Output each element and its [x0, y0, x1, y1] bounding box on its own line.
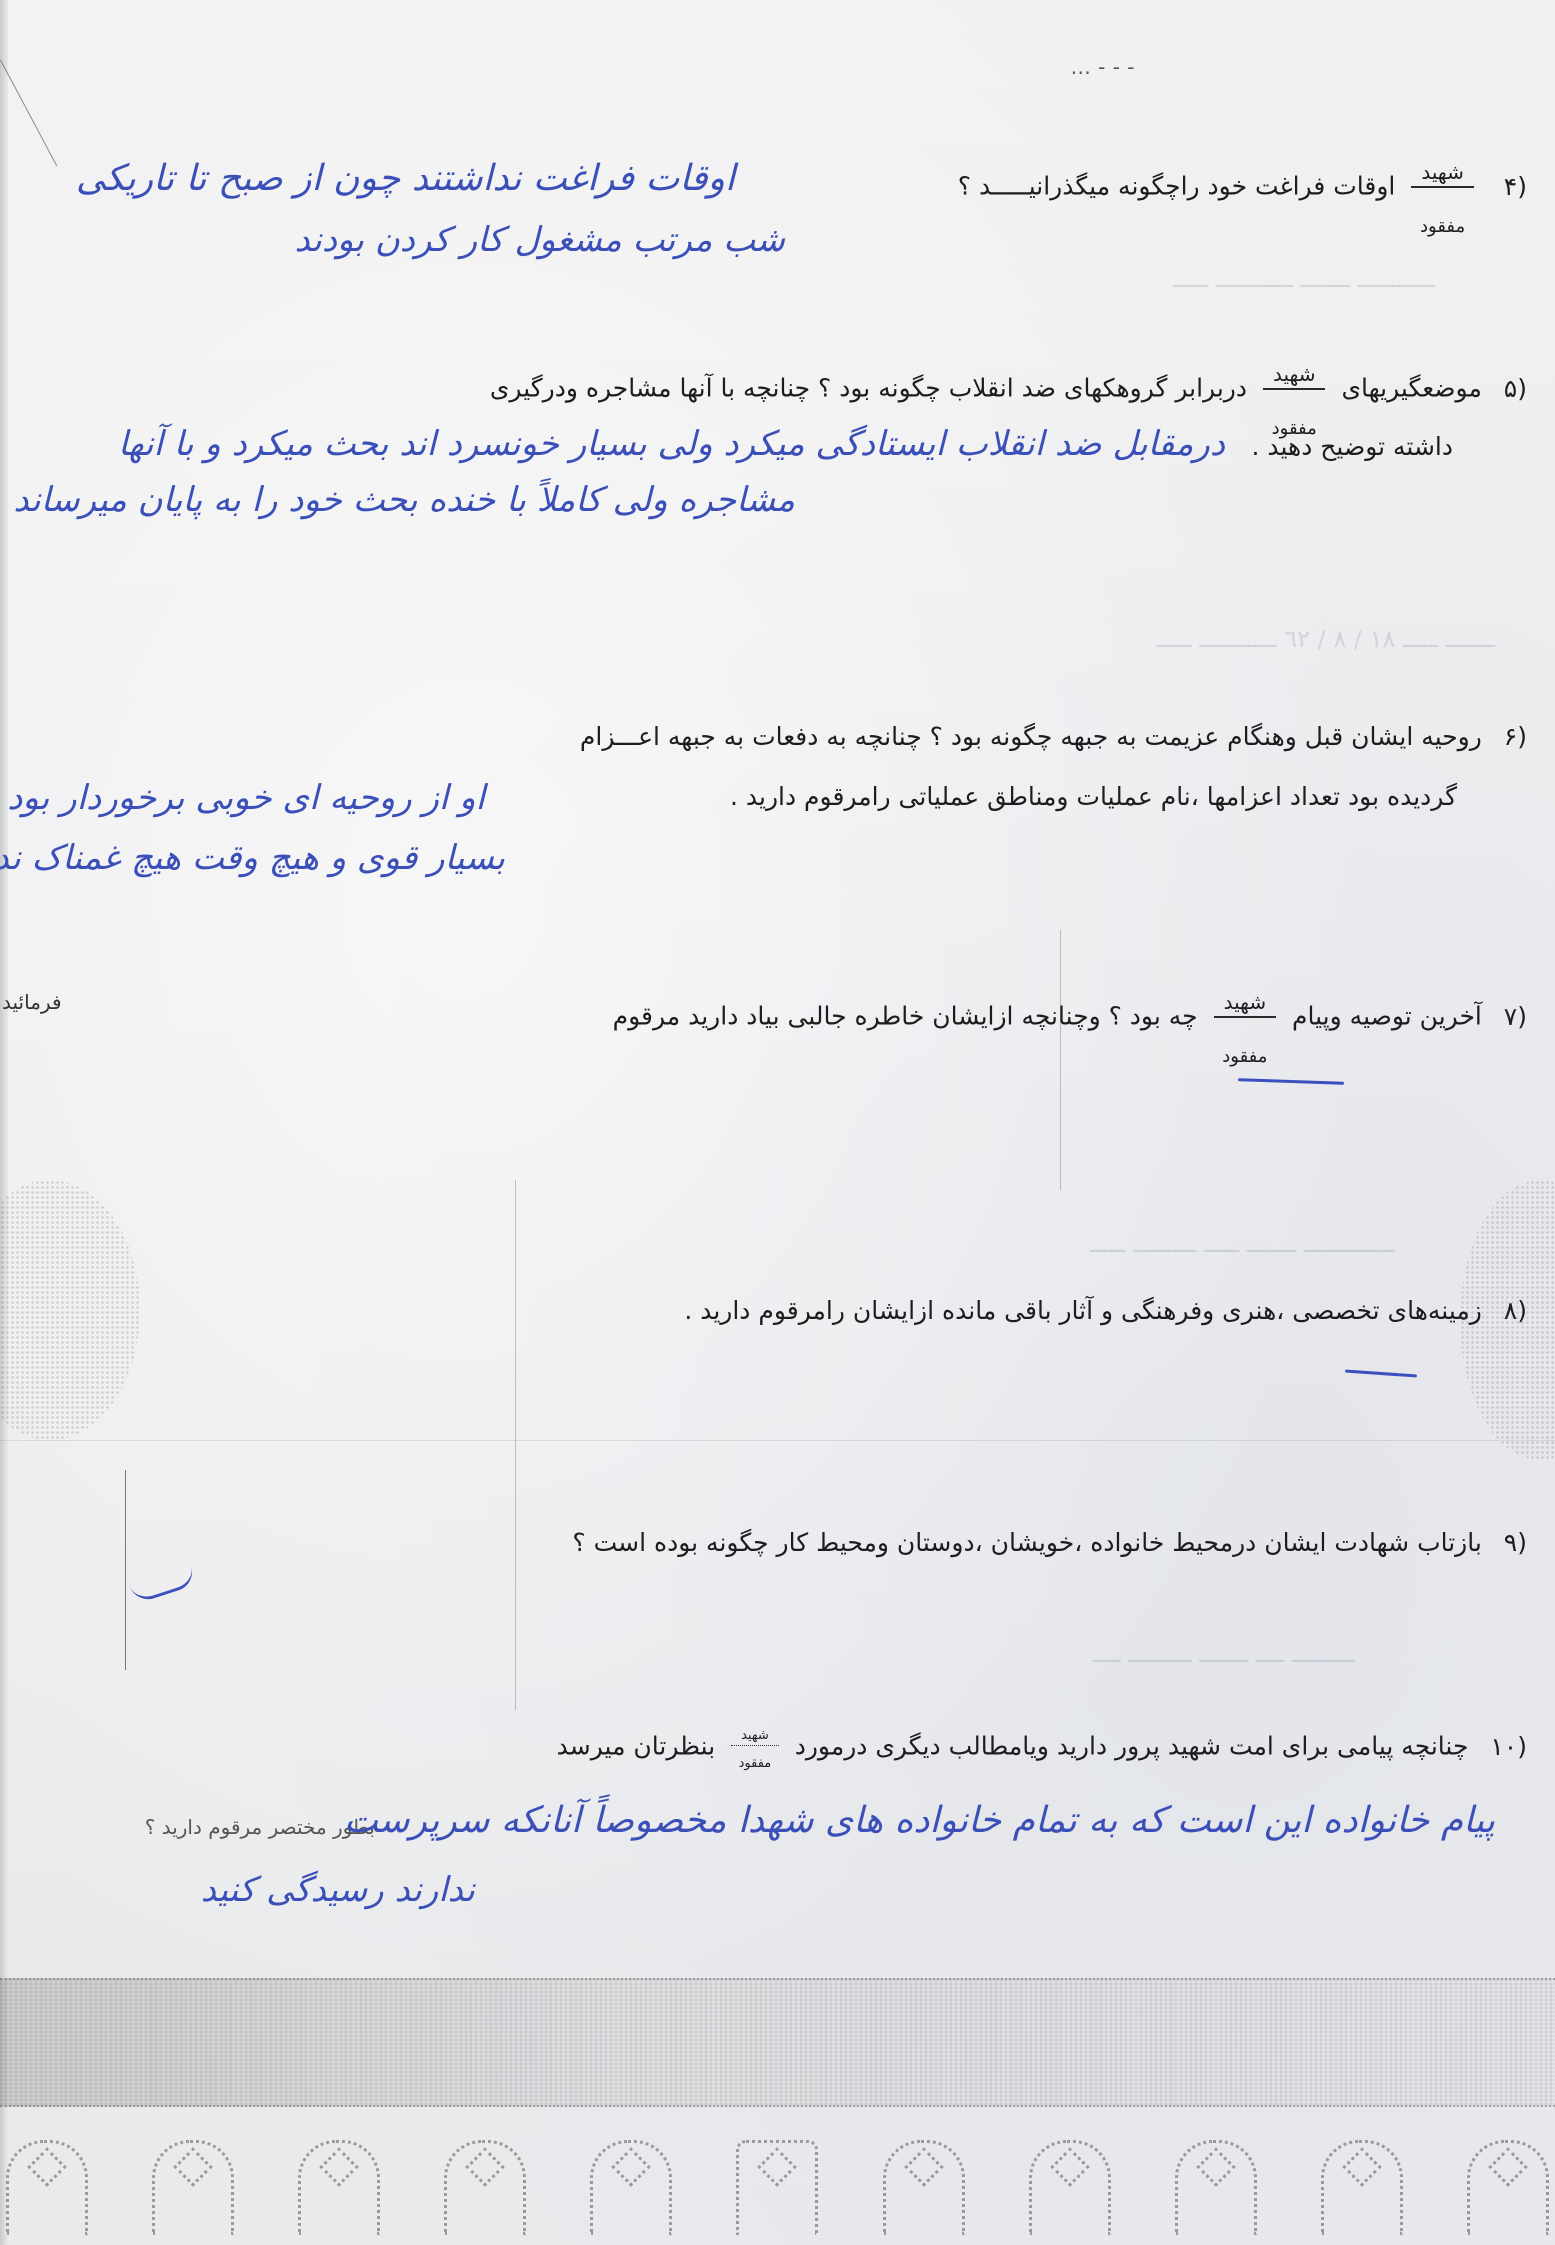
question-text: موضعگیریهای — [1341, 374, 1481, 403]
arch-ornament-icon — [1029, 2140, 1111, 2235]
pen-mark — [1238, 1078, 1344, 1085]
arch-ornament-icon — [1321, 2140, 1403, 2235]
corner-crease — [0, 60, 57, 166]
pen-mark — [1345, 1369, 1417, 1377]
scanned-form-page: - - - ... ـــــــــــ ـــــــ ــــــــــ… — [0, 0, 1555, 2245]
handwritten-answer-6-line-1: او از روحیه ای خوبی برخوردار بود و — [0, 778, 485, 818]
arch-ornament-icon — [1467, 2140, 1549, 2235]
shahid-mafqud-choice: شهید مفقود — [731, 1728, 779, 1767]
question-6-line-1: (۶ روحیه ایشان قبل وهنگام عزیمت به جبهه … — [580, 722, 1527, 751]
choice-shahid: شهید — [1263, 362, 1326, 390]
question-10-line-2: بطور مختصر مرقوم دارید ؟ — [145, 1815, 375, 1839]
question-text: زمینه‌های تخصصی ،هنری وفرهنگی و آثار باق… — [684, 1296, 1482, 1325]
ornament-stipple — [0, 1180, 140, 1440]
question-number: (۷ — [1504, 1002, 1527, 1031]
choice-shahid: شهید — [1411, 160, 1474, 188]
question-number: (۶ — [1504, 722, 1527, 751]
tulip-emblem-icon — [736, 2140, 818, 2235]
show-through-text: ـــــــ ـــــ ١٨ / ٨ / ٦٢ ـــــــــــ ــ… — [1156, 625, 1495, 653]
question-number: (۴ — [1504, 172, 1527, 201]
show-through-text: ـــــــــــ ـــــــ ـــــــــــ ـــــ — [1173, 265, 1435, 293]
shahid-mafqud-choice: شهید مفقود — [1411, 160, 1474, 215]
question-number: (۵ — [1504, 374, 1527, 403]
question-9: (۹ بازتاب شهادت ایشان درمحیط خانواده ،خو… — [572, 1528, 1527, 1557]
arch-ornament-row — [0, 2140, 1555, 2240]
fold-line — [1060, 930, 1061, 1190]
choice-shahid: شهید — [1214, 990, 1277, 1018]
question-text: آخرین توصیه وپیام — [1292, 1002, 1482, 1031]
question-text: دربرابر گروهکهای ضد انقلاب چگونه بود ؟ چ… — [490, 374, 1247, 403]
handwritten-answer-5-line-2: مشاجره ولی کاملاً با خنده بحث خود را به … — [13, 480, 795, 520]
question-number: (۸ — [1504, 1296, 1527, 1325]
question-8: (۸ زمینه‌های تخصصی ،هنری وفرهنگی و آثار … — [684, 1296, 1527, 1325]
question-10-line-1: (۱۰ چنانچه پیامی برای امت شهید پرور داری… — [557, 1728, 1527, 1767]
handwritten-answer-4-line-2: شب مرتب مشغول کار کردن بودند — [295, 220, 785, 260]
question-text: بازتاب شهادت ایشان درمحیط خانواده ،خویشا… — [572, 1528, 1481, 1557]
question-text: چه بود ؟ وچنانچه ازایشان خاطره جالبی بیا… — [613, 1002, 1198, 1031]
question-4: (۴ شهید مفقود اوقات فراغت خود راچگونه می… — [958, 160, 1527, 215]
choice-shahid: شهید — [731, 1728, 779, 1746]
question-7: (۷ آخرین توصیه وپیام شهید مفقود چه بود ؟… — [613, 990, 1527, 1045]
handwritten-answer-5-line-1: درمقابل ضد انقلاب ایستادگی میکرد ولی بسی… — [118, 424, 1225, 464]
margin-note: فرمائید — [2, 990, 62, 1014]
arch-ornament-icon — [1175, 2140, 1257, 2235]
check-mark-icon — [128, 1561, 198, 1605]
handwritten-answer-10-line-1: پیام خانواده این است که به تمام خانواده … — [344, 1800, 1495, 1841]
shahid-mafqud-choice: شهید مفقود — [1263, 362, 1326, 417]
arch-ornament-icon — [883, 2140, 965, 2235]
handwritten-answer-6-line-2: بسیار قوی و هیچ وقت هیچ غمناک نداشت — [0, 838, 505, 878]
shahid-mafqud-choice: شهید مفقود — [1214, 990, 1277, 1045]
handwritten-answer-10-line-2: ندارند رسیدگی کنید — [201, 1870, 475, 1910]
header-fragment: - - - ... — [1071, 55, 1135, 79]
question-6-line-2: گردیده بود تعداد اعزامها ،نام عملیات ومن… — [730, 782, 1457, 811]
arch-ornament-icon — [298, 2140, 380, 2235]
choice-mafqud: مفقود — [1411, 210, 1474, 237]
question-5-line-1: (۵ موضعگیریهای شهید مفقود دربرابر گروهکه… — [490, 362, 1527, 417]
question-text: بنظرتان میرسد — [557, 1732, 715, 1761]
question-text: روحیه ایشان قبل وهنگام عزیمت به جبهه چگو… — [580, 722, 1482, 751]
margin-line — [125, 1470, 126, 1670]
question-text: اوقات فراغت خود راچگونه میگذرانیـــــد ؟ — [958, 172, 1396, 201]
arch-ornament-icon — [152, 2140, 234, 2235]
question-text: چنانچه پیامی برای امت شهید پرور دارید وی… — [795, 1732, 1469, 1761]
choice-mafqud: مفقود — [1214, 1040, 1277, 1067]
fold-line — [515, 1180, 516, 1710]
question-number: (۱۰ — [1490, 1732, 1527, 1761]
arch-ornament-icon — [590, 2140, 672, 2235]
arch-ornament-icon — [444, 2140, 526, 2235]
show-through-text: ـــــــــــــ ـــــــ ـــــ ـــــــــ ــ… — [1090, 1230, 1395, 1258]
choice-mafqud: مفقود — [731, 1750, 779, 1771]
question-5-line-2: داشته توضیح دهید . — [1251, 432, 1453, 461]
fold-line — [0, 1440, 1555, 1441]
question-number: (۹ — [1504, 1528, 1527, 1557]
arch-ornament-icon — [6, 2140, 88, 2235]
handwritten-answer-4-line-1: اوقات فراغت نداشتند چون از صبح تا تاریکی — [76, 158, 735, 199]
show-through-text: ـــــــــ ــــ ـــــــ ـــــــــ ــــ — [1092, 1640, 1355, 1668]
decorative-band — [0, 1978, 1555, 2107]
page-edge — [0, 0, 8, 2245]
